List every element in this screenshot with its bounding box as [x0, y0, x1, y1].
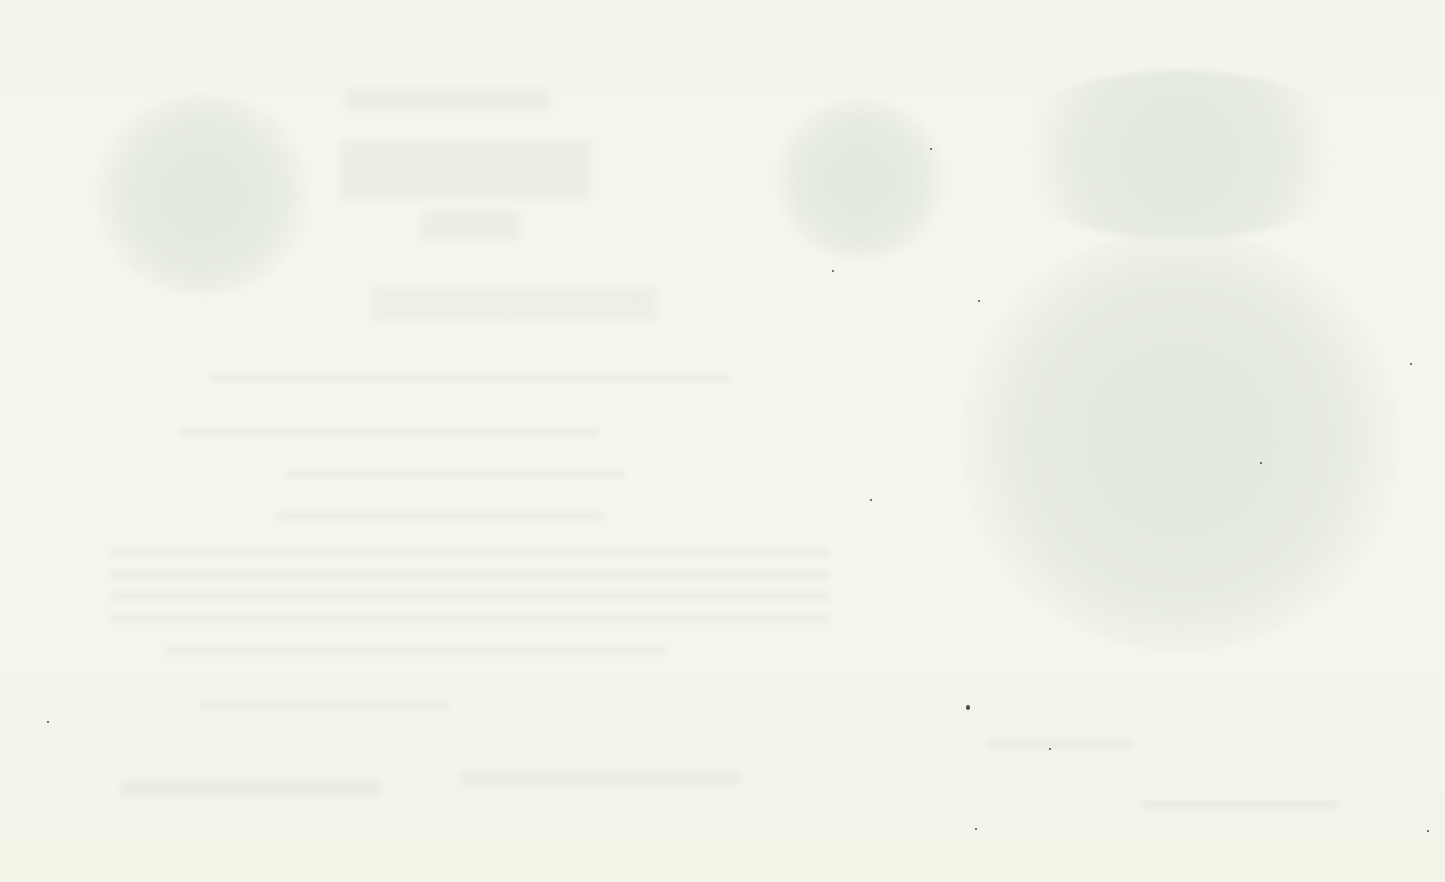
- dust-speck: [1410, 363, 1412, 365]
- text-line: [200, 700, 450, 709]
- text-line: [985, 740, 1135, 749]
- text-line: [110, 570, 830, 579]
- text-line: [110, 592, 830, 601]
- text-line: [165, 646, 665, 655]
- denomination-ghost: [420, 210, 520, 240]
- dust-speck: [978, 300, 980, 302]
- paper-sheet: [0, 0, 1445, 882]
- text-line: [110, 548, 830, 557]
- text-line: [180, 428, 600, 437]
- text-line: [1140, 800, 1340, 809]
- dust-speck: [870, 499, 872, 501]
- right-rosette-top: [1000, 70, 1360, 240]
- right-rosette-large: [960, 230, 1400, 650]
- dust-speck: [1427, 830, 1429, 832]
- dust-speck: [1260, 462, 1262, 464]
- dust-speck: [975, 828, 977, 830]
- text-line: [285, 470, 625, 479]
- text-line: [110, 614, 830, 623]
- signature-ghost: [120, 780, 380, 798]
- signature-ghost: [460, 770, 740, 786]
- dust-speck: [47, 721, 49, 723]
- center-rosette: [775, 100, 945, 260]
- header-ghost: [345, 88, 550, 110]
- dust-speck: [832, 270, 834, 272]
- dust-speck: [930, 148, 932, 150]
- left-rosette: [95, 95, 310, 295]
- title-ghost: [372, 287, 657, 321]
- emblem-ghost: [340, 140, 590, 200]
- text-line: [275, 512, 605, 521]
- ink-mark: [966, 705, 970, 710]
- text-line: [210, 374, 730, 383]
- dust-speck: [1049, 748, 1051, 750]
